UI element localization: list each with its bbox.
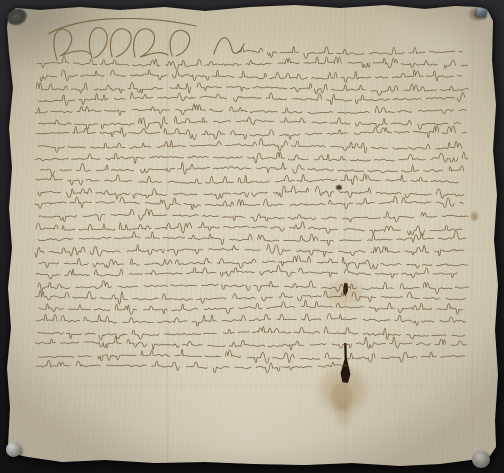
seal-slit-tear [340, 343, 351, 383]
fold-crease-vertical-right [343, 8, 346, 458]
stain-seal-tail [336, 402, 351, 426]
seal-slit-upper [343, 283, 349, 296]
photo-board [0, 0, 504, 473]
manuscript-text [0, 0, 504, 473]
fold-crease-horizontal-middle [14, 246, 492, 249]
fold-crease-vertical-left [165, 8, 168, 460]
parchment-document [0, 0, 504, 473]
fold-crease-horizontal-plica [14, 383, 492, 386]
opening-flourish [48, 18, 244, 60]
stain-seal-center [331, 382, 353, 410]
parchment-shadow-wrap [0, 0, 504, 473]
stain-upper-slit [327, 280, 363, 306]
parchment-edge-vignette [0, 0, 504, 473]
stain-right-margin-fleck [471, 212, 478, 221]
stain-seal-area [320, 368, 366, 412]
ink-blot [336, 185, 342, 190]
fold-crease-vertical-edge [470, 18, 473, 453]
